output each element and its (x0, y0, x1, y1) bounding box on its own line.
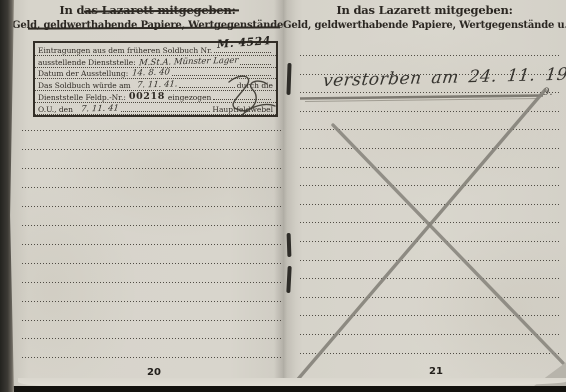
dotted-leader (214, 52, 271, 53)
row1-label: Eintragungen aus dem früheren Soldbuch N… (38, 46, 212, 55)
box-row: ausstellende Dienststelle: M.St.A. Münst… (35, 56, 276, 68)
row6-label: O.U., den (38, 105, 73, 114)
right-page: In das Lazarett mitgegeben: Geld, geldwe… (283, 0, 566, 386)
ruled-line (22, 149, 281, 150)
ruled-line (22, 225, 281, 226)
row3-label: Datum der Ausstellung: (38, 69, 128, 78)
ruled-line (22, 130, 281, 131)
ruled-line (22, 187, 281, 188)
row6-handwritten-date: 7. 11. 41 (81, 103, 120, 114)
pencil-cross-out-x (283, 0, 566, 386)
ruled-line (22, 282, 281, 283)
ruled-line (22, 301, 281, 302)
dotted-leader (240, 64, 271, 65)
soldbuch-photo: In das Lazarett mitgegeben: Geld, geldwe… (0, 0, 566, 392)
row2-label: ausstellende Dienststelle: (38, 58, 136, 67)
ruled-line (22, 320, 281, 321)
ruled-line (22, 263, 281, 264)
book-bottom-edge (0, 386, 566, 392)
page-number-left: 20 (147, 367, 161, 378)
ruled-line (22, 338, 281, 339)
row3-handwritten-value: 14. 8. 40 (132, 67, 171, 78)
ruled-line (22, 168, 281, 169)
row4-handwritten-value: 7. 11. 41. (136, 79, 177, 90)
ruled-line (22, 244, 281, 245)
feldpost-number: 00218 (129, 91, 165, 102)
page-number-right: 21 (429, 366, 443, 377)
ruled-line (22, 357, 281, 358)
row2-handwritten-value: M.St.A. Münster Lager (138, 56, 238, 69)
left-page: In das Lazarett mitgegeben: Geld, geldwe… (12, 0, 283, 386)
row4-label: Das Soldbuch würde am (38, 81, 131, 90)
staple-mark (287, 233, 292, 257)
row5-label: Dienststelle Feldp.-Nr.: (38, 93, 126, 102)
ruled-line (22, 206, 281, 207)
binding-gutter (274, 0, 296, 386)
